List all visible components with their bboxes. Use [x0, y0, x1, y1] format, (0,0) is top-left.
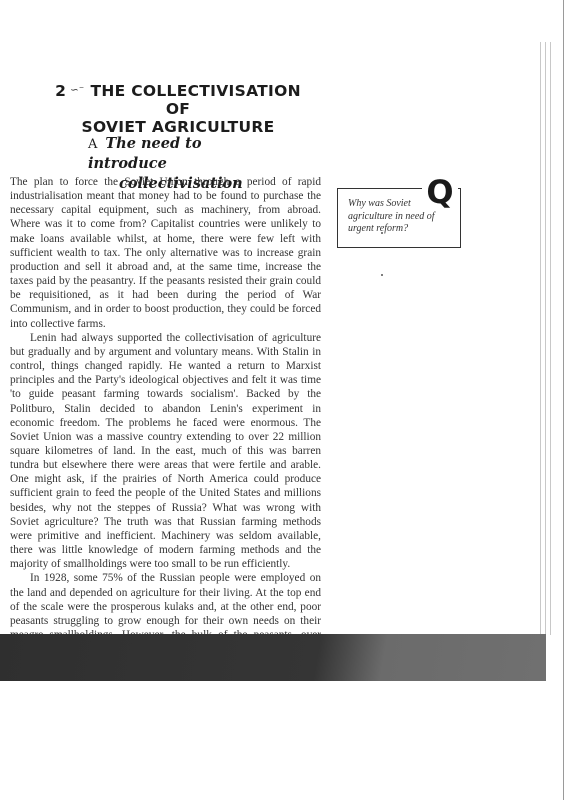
section-title-line1: The need to introduce: [88, 135, 202, 172]
body-paragraph: Lenin had always supported the collectiv…: [10, 331, 321, 572]
scan-shadow-band: [0, 634, 546, 681]
chapter-title-text-1: THE COLLECTIVISATION OF: [91, 82, 301, 118]
question-q-icon: Q: [422, 174, 458, 210]
section-letter: A: [88, 137, 97, 152]
page-edge-line: [540, 42, 541, 635]
scan-noise-dot: [381, 274, 383, 276]
body-paragraph: The plan to force the Soviet Union throu…: [10, 175, 321, 331]
page-edge-line: [545, 42, 546, 635]
scan-noise-dot: [381, 232, 383, 234]
chapter-title-line1: 2∽⁻THE COLLECTIVISATION OF: [48, 82, 308, 118]
page-edge-line: [550, 42, 551, 635]
chapter-title: 2∽⁻THE COLLECTIVISATION OF SOVIET AGRICU…: [48, 82, 308, 136]
body-text: The plan to force the Soviet Union throu…: [10, 175, 321, 656]
chapter-number: 2: [55, 82, 66, 100]
chapter-ornament-icon: ∽⁻: [70, 85, 84, 96]
scan-edge-line: [563, 0, 564, 800]
